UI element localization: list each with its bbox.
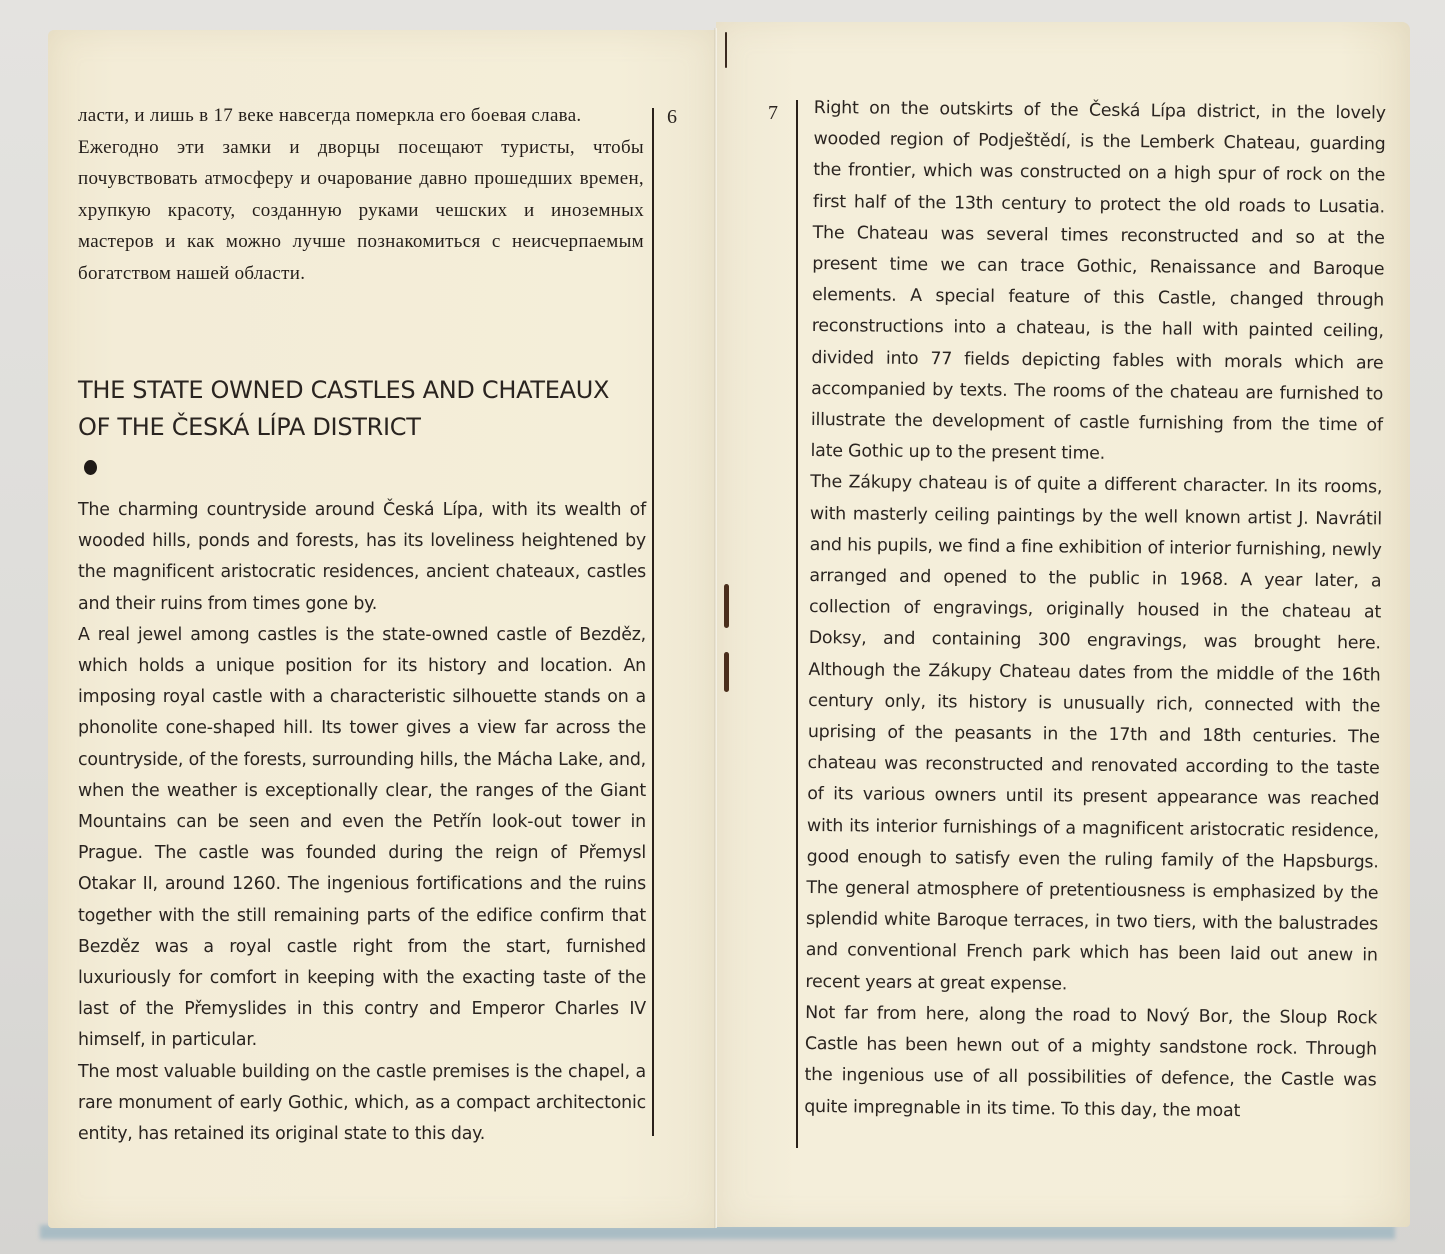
left-page-body: The charming countryside around Česká Lí… <box>78 495 646 1150</box>
russian-text-block: ласти, и лишь в 17 веке навсегда померкл… <box>78 100 644 289</box>
russian-paragraph: Ежегодно эти замки и дворцы посещают тур… <box>78 132 644 290</box>
paragraph: The most valuable building on the castle… <box>78 1057 646 1151</box>
bullet-dot-icon <box>84 460 97 475</box>
page-number-left: 6 <box>667 106 677 129</box>
left-column-rule <box>652 108 654 1136</box>
paragraph: Not far from here, along the road to Nov… <box>804 998 1377 1128</box>
right-page-body: Right on the outskirts of the Česká Lípa… <box>804 93 1386 1128</box>
right-column-rule <box>796 100 798 1148</box>
section-heading: THE STATE OWNED CASTLES AND CHATEAUX OF … <box>78 372 638 446</box>
heading-line-2: OF THE ČESKÁ LÍPA DISTRICT <box>78 409 638 446</box>
heading-line-1: THE STATE OWNED CASTLES AND CHATEAUX <box>78 372 638 409</box>
staple-lower <box>724 652 729 692</box>
paragraph: The charming countryside around Česká Lí… <box>78 495 646 620</box>
staple-upper <box>724 584 729 628</box>
book-spine-fold <box>714 28 717 1228</box>
paragraph: A real jewel among castles is the state-… <box>78 620 646 1057</box>
paragraph: The Zákupy chateau is of quite a differe… <box>805 467 1382 1003</box>
russian-paragraph: ласти, и лишь в 17 веке навсегда померкл… <box>78 100 644 132</box>
paragraph: Right on the outskirts of the Česká Lípa… <box>810 93 1386 473</box>
page-number-right: 7 <box>768 102 778 125</box>
staple-mark-top <box>725 32 727 68</box>
